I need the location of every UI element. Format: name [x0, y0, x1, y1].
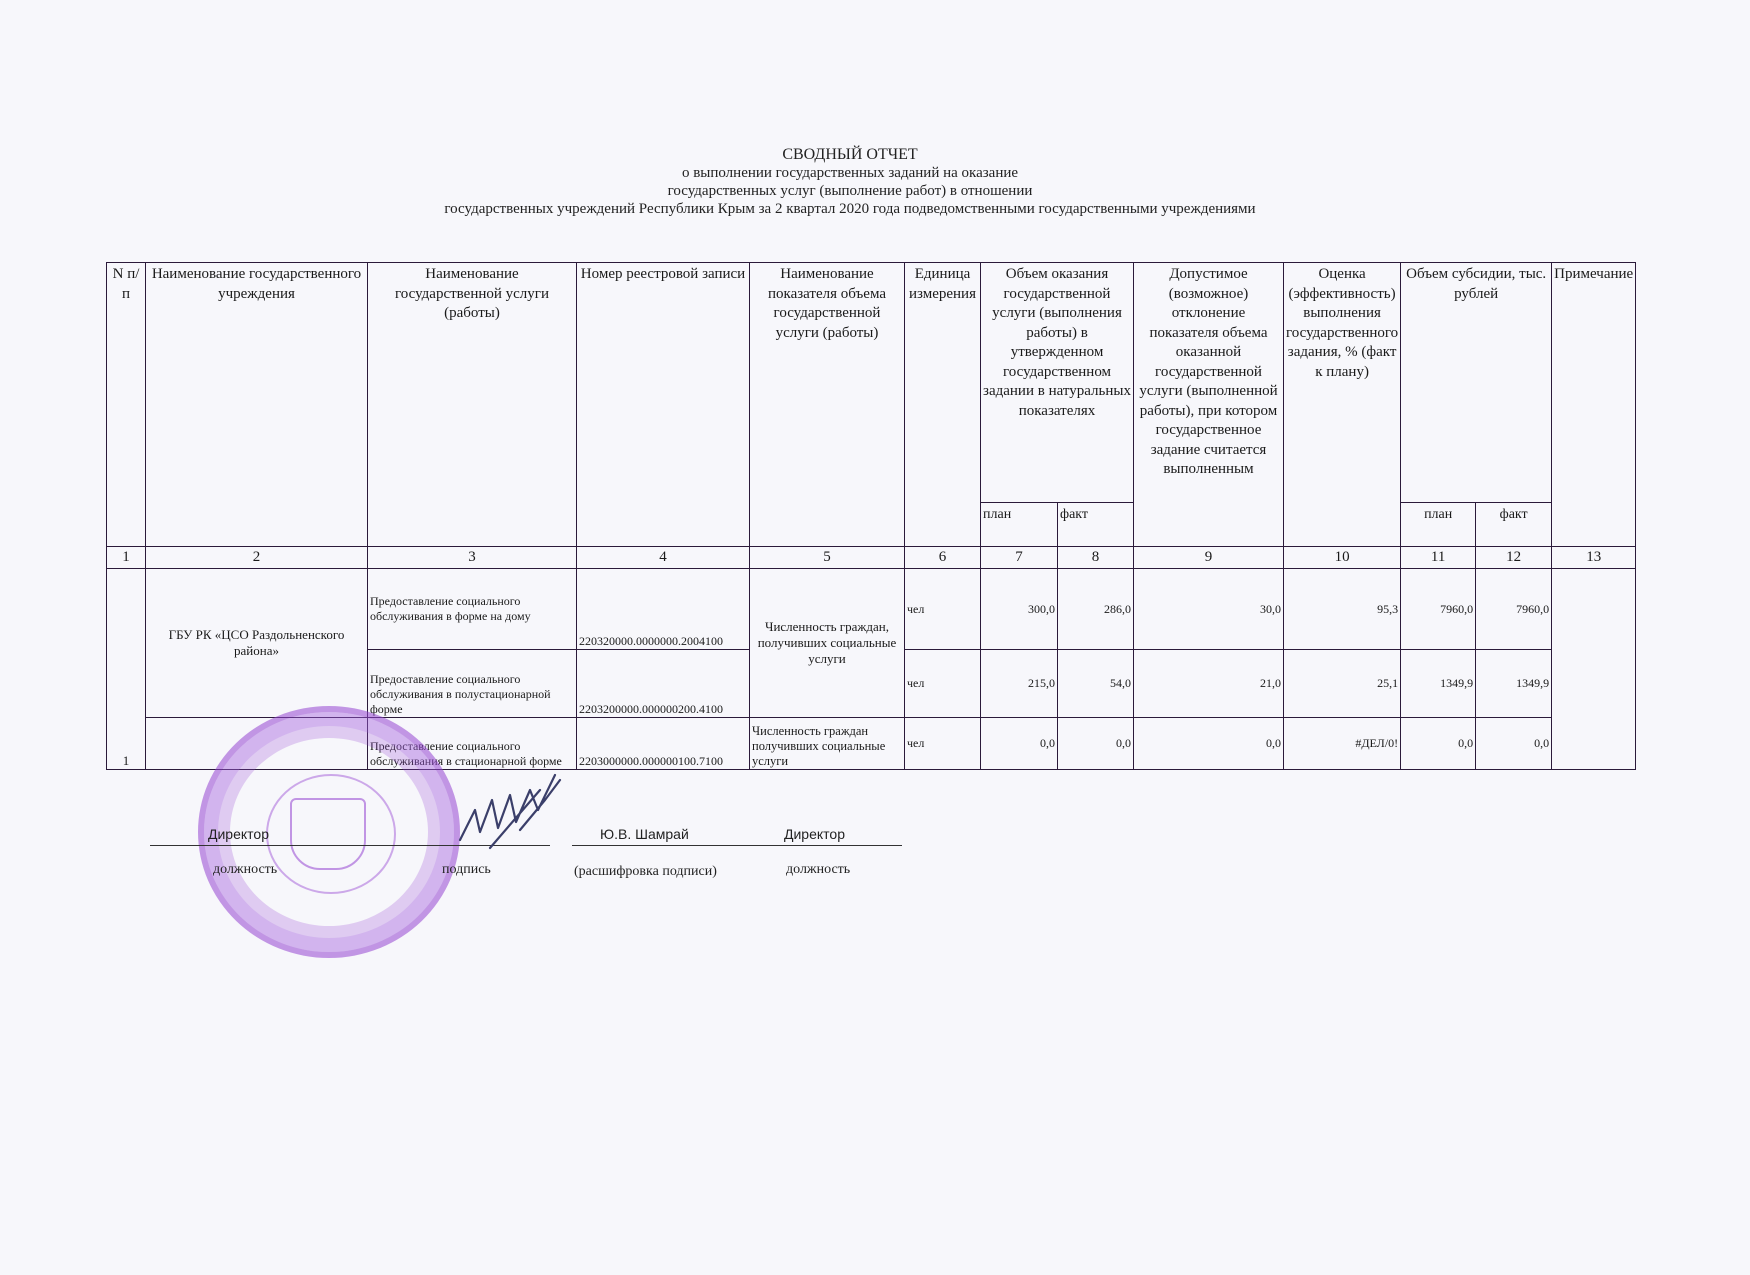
name-line [572, 845, 732, 846]
subsidy-fact: 7960,0 [1476, 569, 1552, 650]
column-number: 13 [1552, 547, 1636, 569]
column-number: 9 [1134, 547, 1284, 569]
subsidy-fact: 0,0 [1476, 718, 1552, 770]
position-right: Директор [784, 826, 845, 842]
table-row: Предоставление социального обслуживания … [107, 718, 1636, 770]
column-number: 5 [750, 547, 905, 569]
header-volume-plan: план [981, 503, 1058, 547]
stamp-inner-ring [266, 774, 396, 894]
position-line-right [732, 845, 902, 846]
efficiency: #ДЕЛ/0! [1284, 718, 1401, 770]
column-number: 11 [1401, 547, 1476, 569]
subsidy-plan: 1349,9 [1401, 650, 1476, 718]
service-name: Предоставление социального обслуживания … [368, 650, 577, 718]
position-left: Директор [208, 826, 269, 842]
header-indicator: Наименование показателя объема государст… [750, 263, 905, 547]
volume-plan: 300,0 [981, 569, 1058, 650]
column-number: 1 [107, 547, 146, 569]
row-number: 1 [107, 569, 146, 770]
column-number: 3 [368, 547, 577, 569]
header-subsidy-fact: факт [1476, 503, 1552, 547]
signature-caption: подпись [442, 862, 491, 878]
registry-number: 220320000.0000000.2004100 [577, 569, 750, 650]
table-row: 1 ГБУ РК «ЦСО Раздольненского района» Пр… [107, 569, 1636, 650]
indicator-name: Численность граждан получивших социальны… [750, 718, 905, 770]
header-deviation: Допустимое (возможное) отклонение показа… [1134, 263, 1284, 547]
institution-name: ГБУ РК «ЦСО Раздольненского района» [146, 569, 368, 718]
subsidy-plan: 0,0 [1401, 718, 1476, 770]
volume-fact: 54,0 [1058, 650, 1134, 718]
volume-plan: 215,0 [981, 650, 1058, 718]
volume-plan: 0,0 [981, 718, 1058, 770]
volume-fact: 286,0 [1058, 569, 1134, 650]
subsidy-plan: 7960,0 [1401, 569, 1476, 650]
institution-name-empty [146, 718, 368, 770]
unit: чел [905, 718, 981, 770]
efficiency: 25,1 [1284, 650, 1401, 718]
column-number: 8 [1058, 547, 1134, 569]
header-subsidy-plan: план [1401, 503, 1476, 547]
unit: чел [905, 569, 981, 650]
header-row-number: N п/п [107, 263, 146, 547]
column-number: 10 [1284, 547, 1401, 569]
column-number: 12 [1476, 547, 1552, 569]
column-number: 6 [905, 547, 981, 569]
header-institution: Наименование государственного учреждения [146, 263, 368, 547]
deviation: 30,0 [1134, 569, 1284, 650]
title-line-1: СВОДНЫЙ ОТЧЕТ [0, 146, 1700, 164]
report-title: СВОДНЫЙ ОТЧЕТ о выполнении государственн… [0, 146, 1700, 218]
column-number: 7 [981, 547, 1058, 569]
signature-line [365, 845, 550, 846]
indicator-name: Численность граждан, получивших социальн… [750, 569, 905, 718]
title-line-2: о выполнении государственных заданий на … [0, 164, 1700, 182]
signer-name: Ю.В. Шамрай [600, 826, 689, 842]
volume-fact: 0,0 [1058, 718, 1134, 770]
registry-number: 2203200000.000000200.4100 [577, 650, 750, 718]
title-line-3: государственных услуг (выполнение работ)… [0, 182, 1700, 200]
header-unit: Единица измерения [905, 263, 981, 547]
header-note: Примечание [1552, 263, 1636, 547]
unit: чел [905, 650, 981, 718]
service-name: Предоставление социального обслуживания … [368, 569, 577, 650]
header-volume: Объем оказания государственной услуги (в… [981, 263, 1134, 503]
position-left-caption: должность [213, 862, 277, 878]
subsidy-fact: 1349,9 [1476, 650, 1552, 718]
position-right-caption: должность [786, 862, 850, 878]
registry-number: 2203000000.000000100.7100 [577, 718, 750, 770]
column-number: 4 [577, 547, 750, 569]
note [1552, 569, 1636, 770]
column-number: 2 [146, 547, 368, 569]
column-number-row: 1 2 3 4 5 6 7 8 9 10 11 12 13 [107, 547, 1636, 569]
handwritten-signature-icon [450, 770, 600, 850]
service-name: Предоставление социального обслуживания … [368, 718, 577, 770]
name-caption: (расшифровка подписи) [574, 864, 717, 880]
header-registry: Номер реестровой записи [577, 263, 750, 547]
deviation: 0,0 [1134, 718, 1284, 770]
header-efficiency: Оценка (эффективность) выполнения госуда… [1284, 263, 1401, 547]
position-line-left [150, 845, 365, 846]
header-service: Наименование государственной услуги (раб… [368, 263, 577, 547]
title-line-4: государственных учреждений Республики Кр… [0, 200, 1700, 218]
deviation: 21,0 [1134, 650, 1284, 718]
header-subsidy: Объем субсидии, тыс. рублей [1401, 263, 1552, 503]
stamp-emblem-icon [290, 798, 366, 870]
report-table: N п/п Наименование государственного учре… [106, 262, 1636, 770]
efficiency: 95,3 [1284, 569, 1401, 650]
header-volume-fact: факт [1058, 503, 1134, 547]
